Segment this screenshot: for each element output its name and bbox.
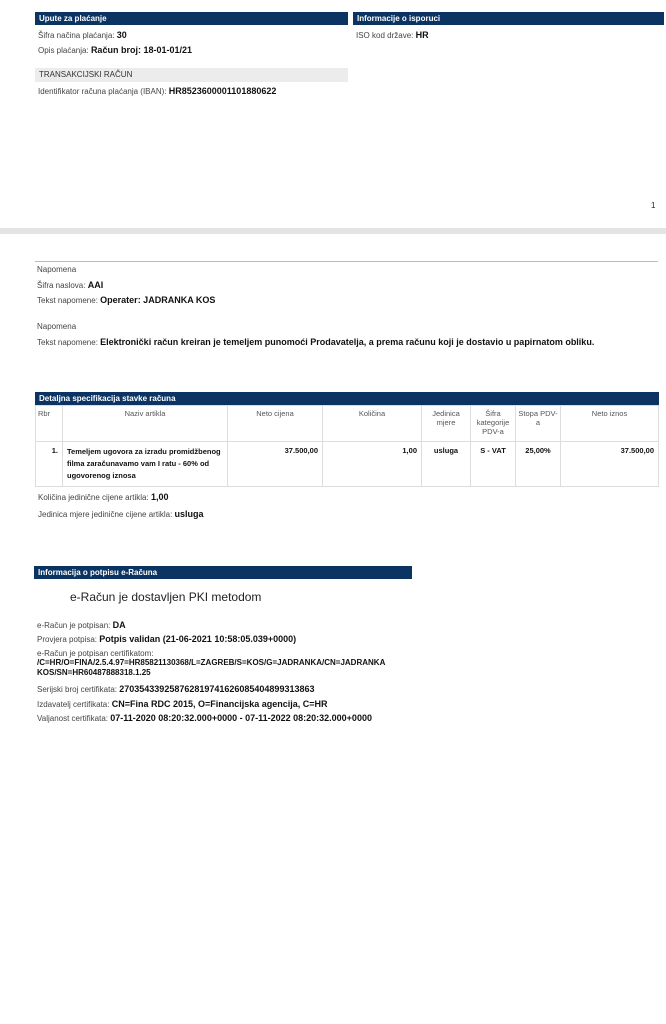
cell-unit: usluga — [422, 442, 471, 487]
table-row: 1. Temeljem ugovora za izradu promidžben… — [36, 442, 659, 487]
spec-table: Rbr Naziv artikla Neto cijena Količina J… — [35, 405, 659, 487]
unit-measure: Jedinica mjere jedinične cijene artikla:… — [38, 509, 204, 519]
cert-value-line2: KOS/SN=HR60487888318.1.25 — [37, 668, 151, 677]
spec-section-header: Detaljna specifikacija stavke računa — [35, 392, 659, 405]
payment-section-header: Upute za plaćanje — [35, 12, 348, 25]
col-name: Naziv artikla — [63, 406, 228, 442]
col-quantity: Količina — [323, 406, 422, 442]
col-net-price: Neto cijena — [228, 406, 323, 442]
cell-net-amount: 37.500,00 — [561, 442, 659, 487]
col-unit: Jedinica mjere — [422, 406, 471, 442]
note-1-code: Šifra naslova: AAI — [37, 280, 103, 290]
page-number: 1 — [651, 201, 655, 210]
signature-check: Provjera potpisa: Potpis validan (21-06-… — [37, 634, 296, 644]
cert-validity: Valjanost certifikata: 07-11-2020 08:20:… — [37, 713, 372, 723]
col-vat-rate: Stopa PDV-a — [516, 406, 561, 442]
account-header: TRANSAKCIJSKI RAČUN — [35, 68, 348, 82]
note-1-title: Napomena — [37, 265, 76, 274]
unit-qty: Količina jedinične cijene artikla: 1,00 — [38, 492, 169, 502]
page-separator — [0, 228, 666, 234]
cert-issuer: Izdavatelj certifikata: CN=Fina RDC 2015… — [37, 699, 328, 709]
col-rbr: Rbr — [36, 406, 63, 442]
cert-label: e-Račun je potpisan certifikatom: — [37, 649, 154, 658]
cell-quantity: 1,00 — [323, 442, 422, 487]
cell-net-price: 37.500,00 — [228, 442, 323, 487]
cell-vat-category: S - VAT — [471, 442, 516, 487]
payment-method-code: Šifra načina plaćanja: 30 — [38, 30, 127, 40]
cert-value-line1: /C=HR/O=FINA/2.5.4.97=HR85821130368/L=ZA… — [37, 658, 385, 667]
delivery-iso-code: ISO kod države: HR — [356, 30, 429, 40]
note-2-text: Tekst napomene: Elektronički račun kreir… — [37, 337, 594, 347]
note-1-text: Tekst napomene: Operater: JADRANKA KOS — [37, 295, 215, 305]
cell-vat-rate: 25,00% — [516, 442, 561, 487]
cert-serial: Serijski broj certifikata: 2703543392587… — [37, 684, 314, 694]
delivery-section-header: Informacije o isporuci — [353, 12, 664, 25]
signed-status: e-Račun je potpisan: DA — [37, 620, 126, 630]
cell-rbr: 1. — [36, 442, 63, 487]
note-2-title: Napomena — [37, 322, 76, 331]
iban: Identifikator računa plaćanja (IBAN): HR… — [38, 86, 276, 96]
cell-name: Temeljem ugovora za izradu promidžbenog … — [63, 442, 228, 487]
payment-description: Opis plaćanja: Račun broj: 18-01-01/21 — [38, 45, 192, 55]
col-net-amount: Neto iznos — [561, 406, 659, 442]
divider — [35, 261, 658, 262]
signature-section-header: Informacija o potpisu e-Računa — [34, 566, 412, 579]
pki-method-text: e-Račun je dostavljen PKI metodom — [70, 590, 261, 604]
col-vat-category: Šifra kategorije PDV-a — [471, 406, 516, 442]
